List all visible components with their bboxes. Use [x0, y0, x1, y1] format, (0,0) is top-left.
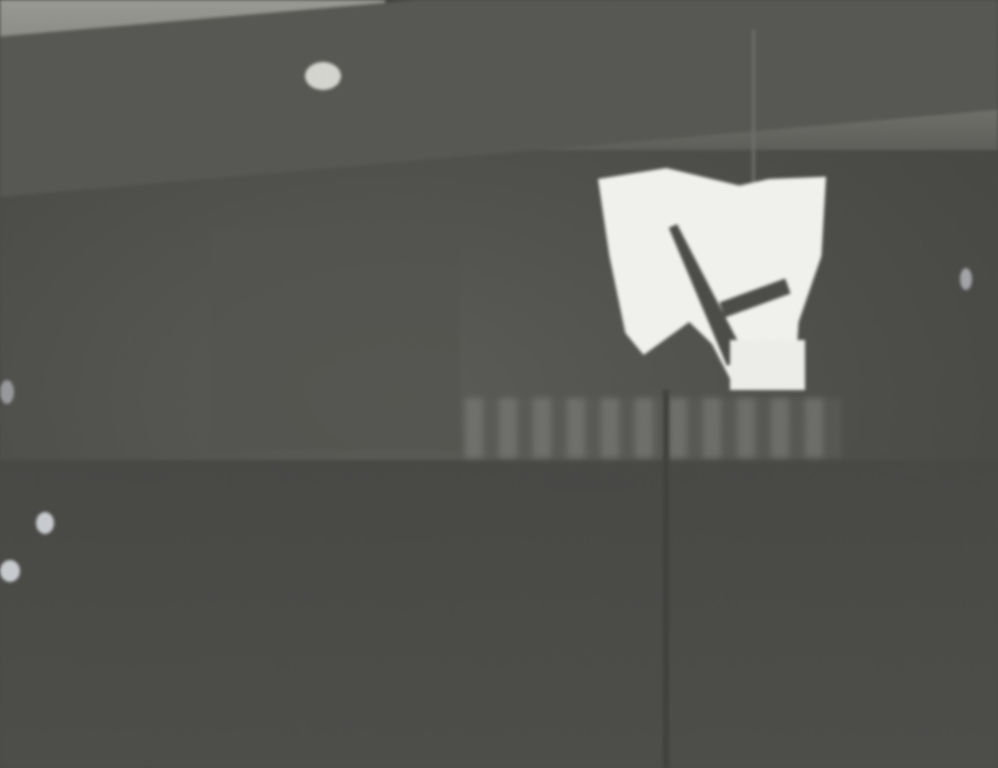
photograph: Grainy, blurred black-and-white photogra…	[0, 0, 998, 768]
film-grain	[0, 0, 998, 768]
